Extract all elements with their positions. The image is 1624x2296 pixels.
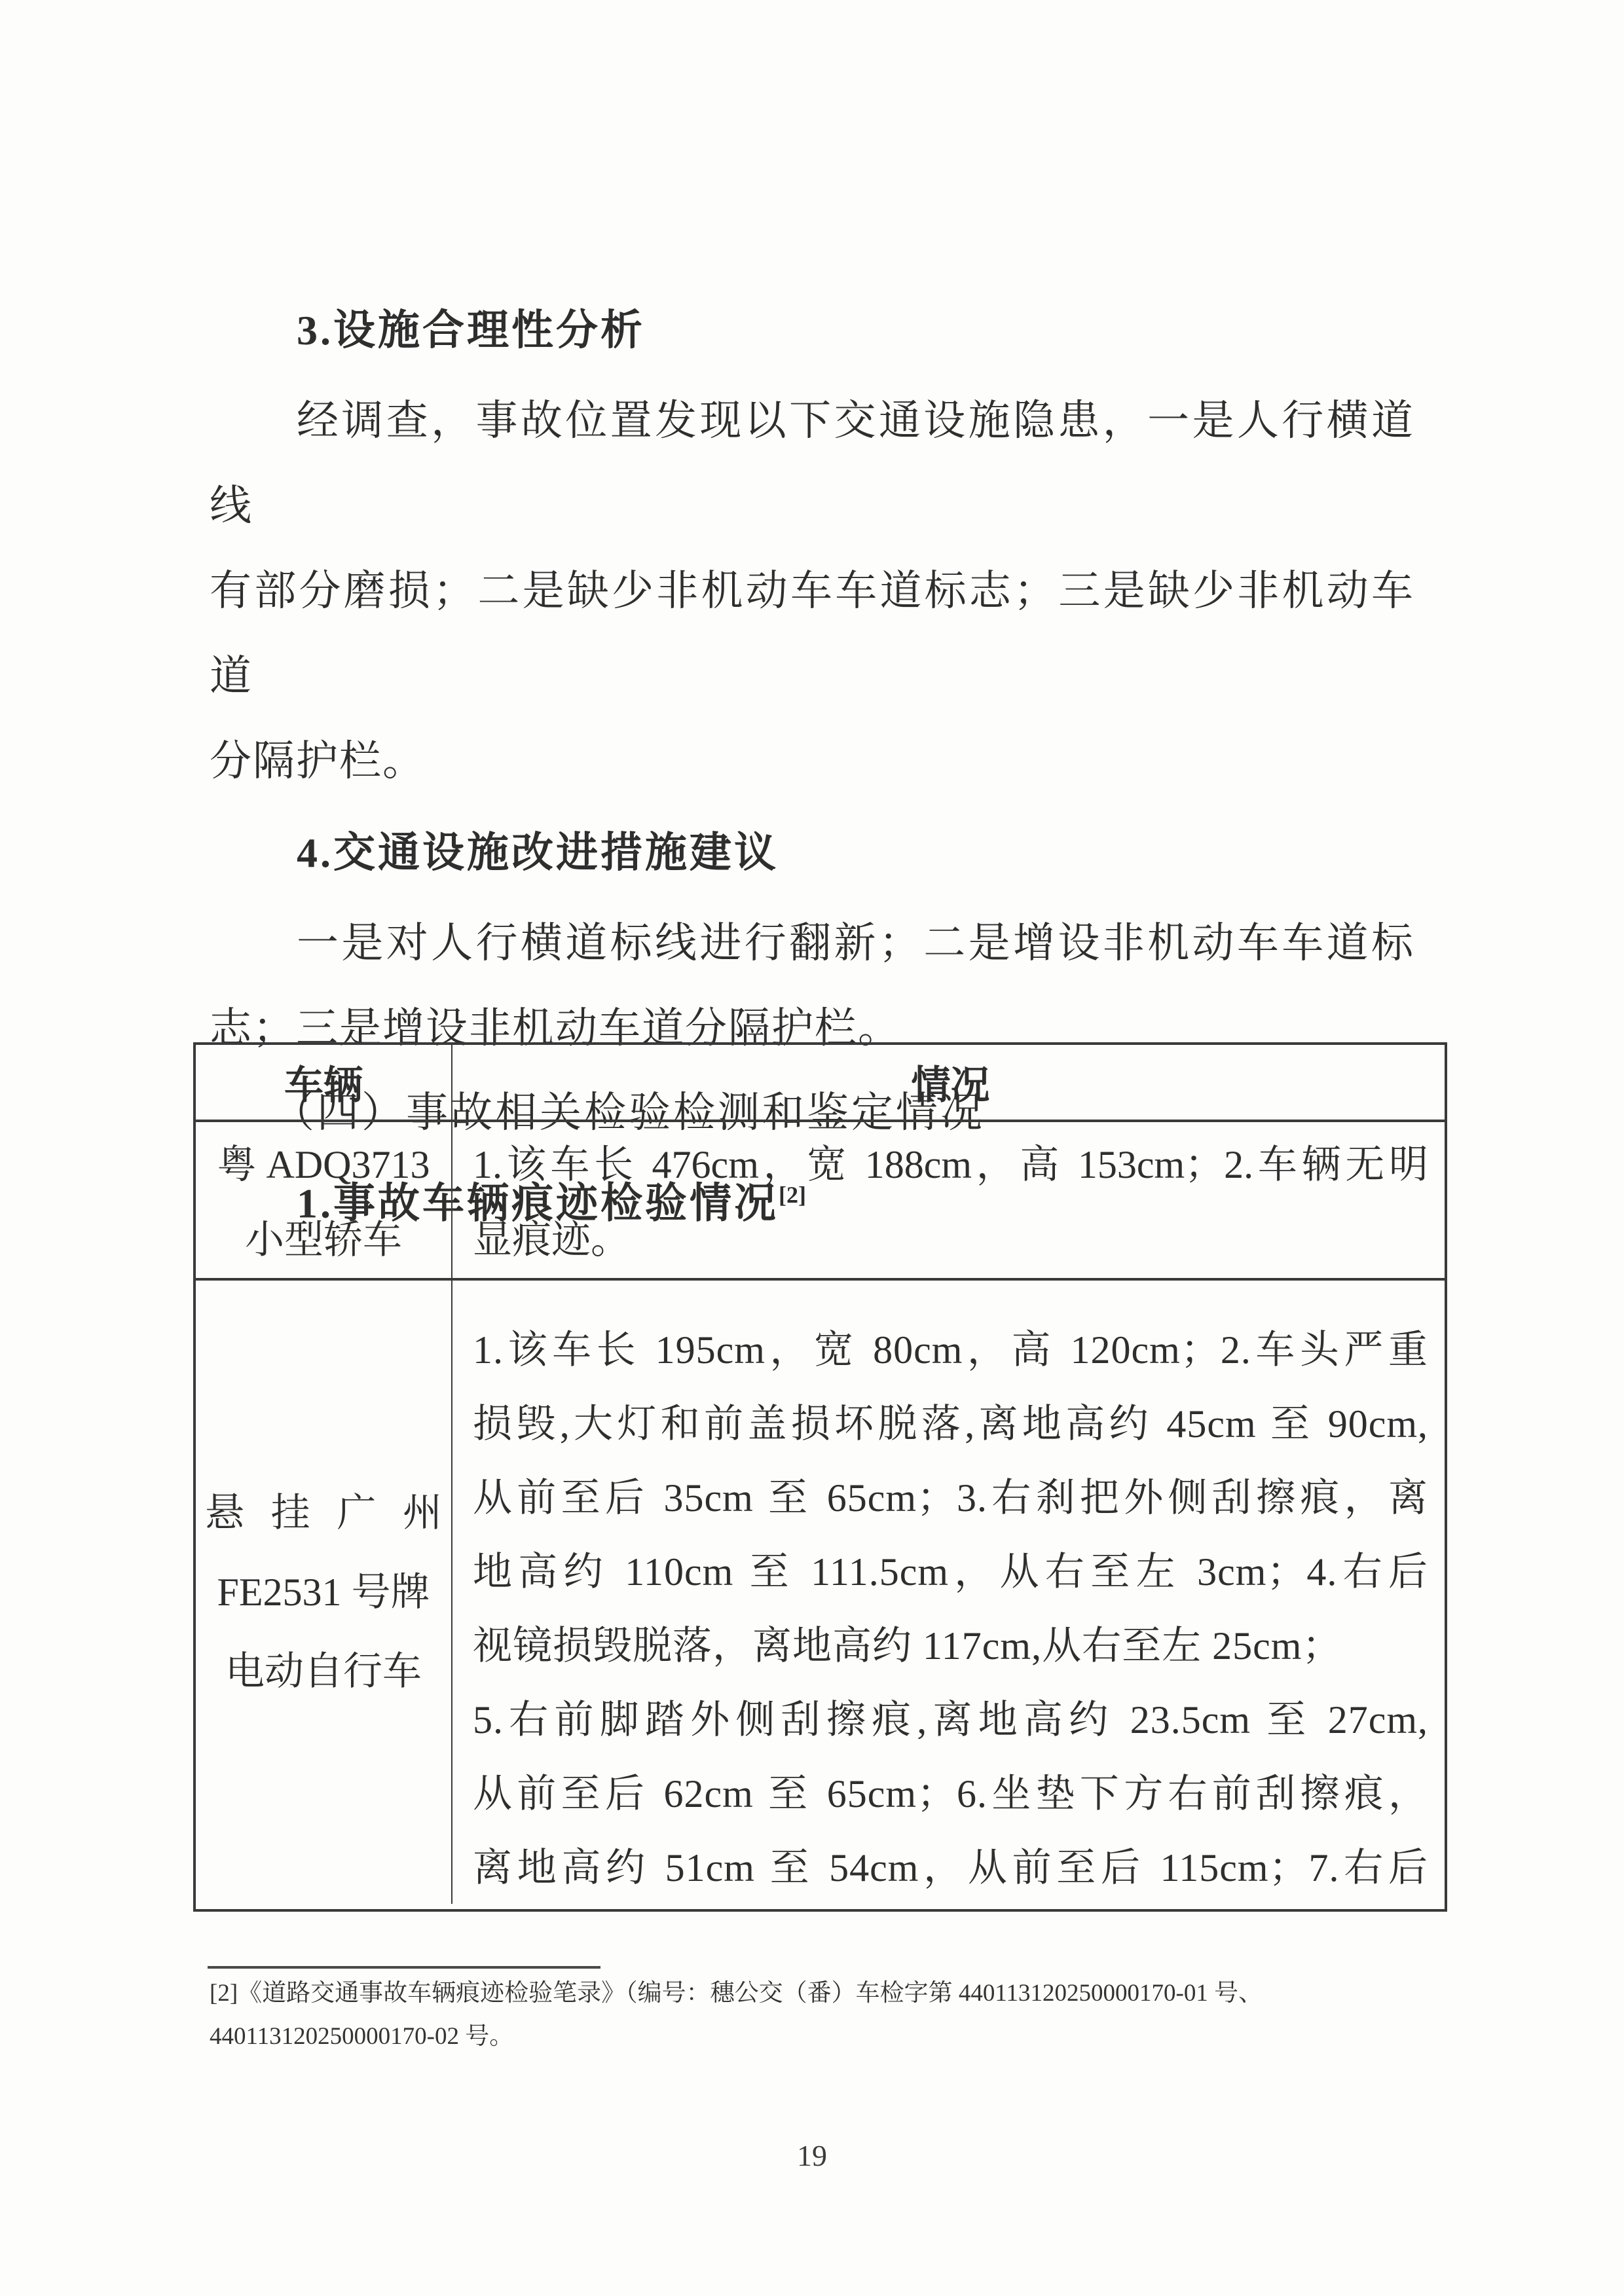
cell-line: 1.该车长 476cm，宽 188cm，高 153cm；2.车辆无明 bbox=[473, 1122, 1428, 1203]
heading-facility-analysis: 3.设施合理性分析 bbox=[210, 290, 1414, 371]
cell-line: 离地高约 51cm 至 54cm，从前至后 115cm；7.右后 bbox=[473, 1831, 1428, 1905]
paragraph-line: 经调查，事故位置发现以下交通设施隐患，一是人行横道线 bbox=[210, 378, 1414, 549]
footnote-line: [2]《道路交通事故车辆痕迹检验笔录》（编号：穗公交（番）车检字第 440113… bbox=[210, 1972, 1414, 2015]
paragraph-line: 一是对人行横道标线进行翻新；二是增设非机动车车道标 bbox=[210, 901, 1414, 986]
footnote-block: [2]《道路交通事故车辆痕迹检验笔录》（编号：穗公交（番）车检字第 440113… bbox=[210, 1972, 1414, 2058]
cell-line: 损毁,大灯和前盖损坏脱落,离地高约 45cm 至 90cm, bbox=[473, 1387, 1428, 1461]
vehicle-trace-table: 车辆 情况 粤 ADQ3713 小型轿车 1.该车长 476cm，宽 188cm… bbox=[193, 1042, 1447, 1912]
table-row-car: 粤 ADQ3713 小型轿车 1.该车长 476cm，宽 188cm，高 153… bbox=[196, 1122, 1445, 1281]
cell-car-plate: 粤 ADQ3713 小型轿车 bbox=[196, 1122, 452, 1278]
cell-line: 从前至后 35cm 至 65cm；3.右刹把外侧刮擦痕，离 bbox=[473, 1461, 1428, 1535]
cell-line: 地高约 110cm 至 111.5cm，从右至左 3cm；4.右后 bbox=[473, 1535, 1428, 1609]
table-header-row: 车辆 情况 bbox=[196, 1045, 1445, 1122]
cell-line: FE2531 号牌 bbox=[217, 1553, 430, 1632]
paragraph-line: 分隔护栏。 bbox=[210, 719, 1414, 804]
cell-line: 电动自行车 bbox=[225, 1632, 422, 1711]
paragraph-line: 有部分磨损；二是缺少非机动车车道标志；三是缺少非机动车道 bbox=[210, 549, 1414, 719]
cell-ebike-plate: 悬 挂 广 州 FE2531 号牌 电动自行车 bbox=[196, 1281, 452, 1904]
cell-line: 粤 ADQ3713 bbox=[217, 1122, 430, 1203]
cell-line: 从前至后 62cm 至 65cm；6.坐垫下方右前刮擦痕， bbox=[473, 1757, 1428, 1831]
cell-ebike-situation: 1.该车长 195cm，宽 80cm，高 120cm；2.车头严重 损毁,大灯和… bbox=[452, 1281, 1445, 1904]
table-row-ebike: 悬 挂 广 州 FE2531 号牌 电动自行车 1.该车长 195cm，宽 80… bbox=[196, 1281, 1445, 1904]
cell-car-situation: 1.该车长 476cm，宽 188cm，高 153cm；2.车辆无明 显痕迹。 bbox=[452, 1122, 1445, 1278]
cell-line: 1.该车长 195cm，宽 80cm，高 120cm；2.车头严重 bbox=[473, 1313, 1428, 1387]
cell-line: 显痕迹。 bbox=[473, 1203, 1428, 1278]
cell-line: 5.右前脚踏外侧刮擦痕,离地高约 23.5cm 至 27cm, bbox=[473, 1683, 1428, 1757]
table-header-vehicle: 车辆 bbox=[196, 1045, 452, 1120]
page-number: 19 bbox=[0, 2138, 1624, 2173]
document-page: 3.设施合理性分析 经调查，事故位置发现以下交通设施隐患，一是人行横道线 有部分… bbox=[0, 0, 1624, 2296]
cell-line: 悬 挂 广 州 bbox=[196, 1474, 451, 1553]
paragraph-facility-hazards: 经调查，事故位置发现以下交通设施隐患，一是人行横道线 有部分磨损；二是缺少非机动… bbox=[210, 378, 1414, 804]
cell-line: 视镜损毁脱落，离地高约 117cm,从右至左 25cm； bbox=[473, 1609, 1428, 1683]
heading-improvement-suggestions: 4.交通设施改进措施建议 bbox=[210, 812, 1414, 894]
footnote-line: 440113120250000170-02 号。 bbox=[210, 2015, 1414, 2058]
footnote-separator-line bbox=[208, 1966, 600, 1969]
table-header-situation: 情况 bbox=[452, 1045, 1445, 1120]
cell-line: 小型轿车 bbox=[245, 1203, 402, 1278]
